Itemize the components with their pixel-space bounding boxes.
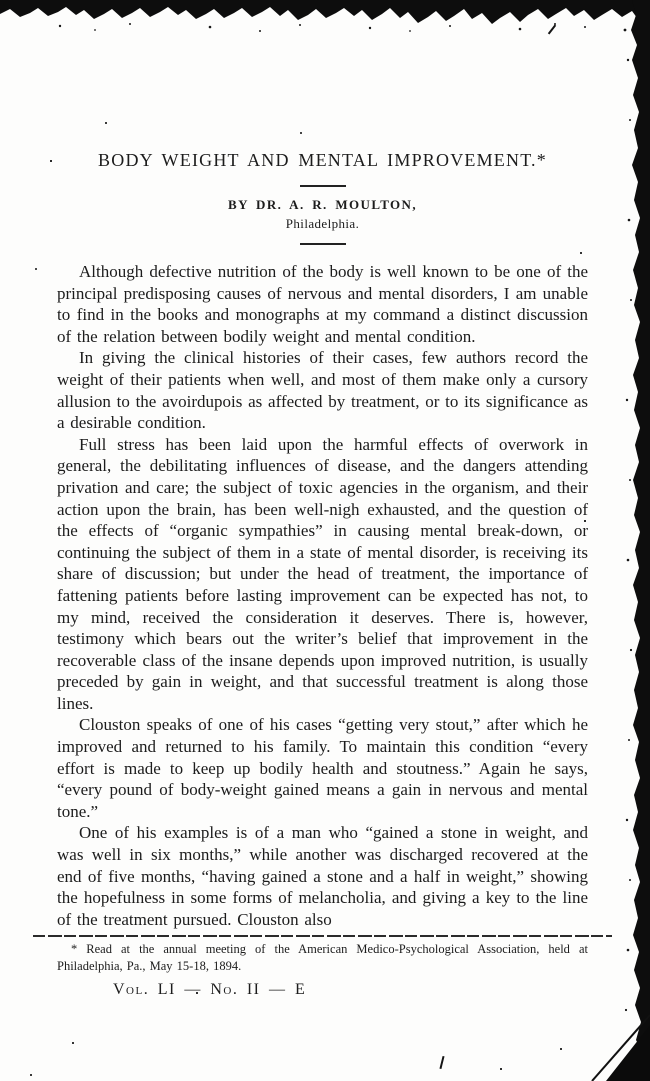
- ink-tick: [439, 1056, 444, 1069]
- paragraph: One of his examples is of a man who “gai…: [57, 822, 588, 930]
- scan-corner-blob-icon: [570, 1001, 650, 1081]
- footnote-divider: [33, 935, 612, 937]
- byline-divider: [300, 243, 346, 245]
- page-title: BODY WEIGHT AND MENTAL IMPROVEMENT.*: [57, 150, 588, 171]
- paragraph: Although defective nutrition of the body…: [57, 261, 588, 347]
- byline: BY DR. A. R. MOULTON,: [57, 197, 588, 213]
- article-body: Although defective nutrition of the body…: [57, 261, 588, 930]
- volume-line: Vol. LI — No. II — E: [113, 981, 588, 999]
- paragraph: Clouston speaks of one of his cases “get…: [57, 714, 588, 822]
- ink-specks: [0, 0, 2, 2]
- page-title-text: BODY WEIGHT AND MENTAL IMPROVEMENT.*: [98, 150, 547, 170]
- paragraph: In giving the clinical histories of thei…: [57, 347, 588, 433]
- scanned-page: BODY WEIGHT AND MENTAL IMPROVEMENT.* BY …: [0, 0, 650, 1081]
- article-content: BODY WEIGHT AND MENTAL IMPROVEMENT.* BY …: [57, 150, 588, 999]
- paragraph: Full stress has been laid upon the harmf…: [57, 434, 588, 715]
- byline-location: Philadelphia.: [57, 216, 588, 232]
- title-divider: [300, 185, 346, 187]
- footnote: * Read at the annual meeting of the Amer…: [57, 941, 588, 974]
- scan-edge-right-icon: [624, 0, 650, 1081]
